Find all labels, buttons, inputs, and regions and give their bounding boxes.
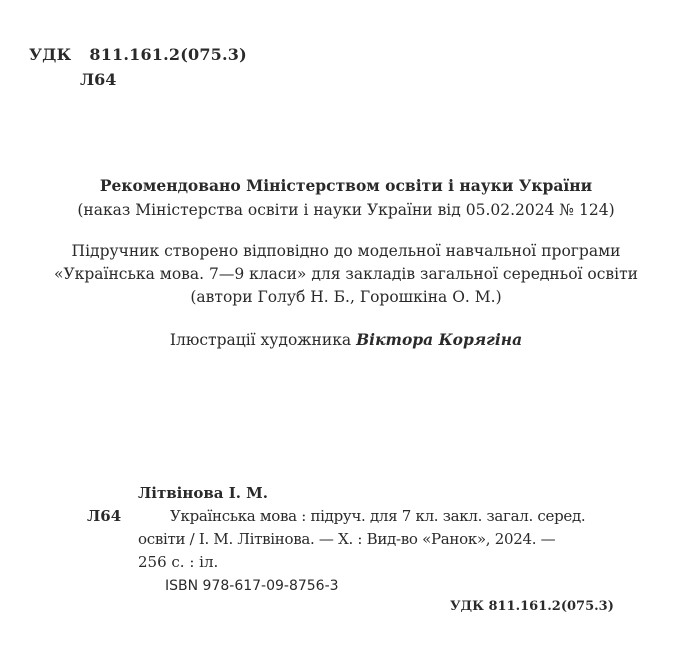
program-line: Підручник створено відповідно до модельн… — [0, 240, 692, 263]
program-line: (автори Голуб Н. Б., Горошкіна О. М.) — [0, 286, 692, 309]
author-sign-top: Л64 — [80, 70, 116, 89]
illustrations-prefix: Ілюстрації художника — [170, 331, 356, 349]
program-line: «Українська мова. 7—9 класи» для закладі… — [0, 263, 692, 286]
udk-footer: УДК 811.161.2(075.3) — [450, 599, 614, 614]
bib-description-line: освіти / І. М. Літвінова. — Х. : Вид-во … — [138, 530, 555, 548]
illustrations-credit: Ілюстрації художника Віктора Корягіна — [0, 330, 692, 349]
program-statement: Підручник створено відповідно до модельн… — [0, 240, 692, 309]
bib-author: Літвінова І. М. — [138, 484, 268, 502]
bib-author-sign: Л64 — [87, 507, 121, 525]
isbn: ISBN 978-617-09-8756-3 — [165, 578, 339, 594]
bib-description-line: Українська мова : підруч. для 7 кл. закл… — [170, 507, 585, 525]
recommendation-title: Рекомендовано Міністерством освіти і нау… — [0, 176, 692, 195]
udk-code: 811.161.2(075.3) — [89, 45, 247, 64]
recommendation-order: (наказ Міністерства освіти і науки Украї… — [0, 201, 692, 219]
udk-header: УДК811.161.2(075.3) — [29, 45, 247, 64]
bib-description-line: 256 с. : іл. — [138, 553, 218, 571]
artist-name: Віктора Корягіна — [356, 330, 522, 349]
udk-label: УДК — [29, 45, 71, 64]
